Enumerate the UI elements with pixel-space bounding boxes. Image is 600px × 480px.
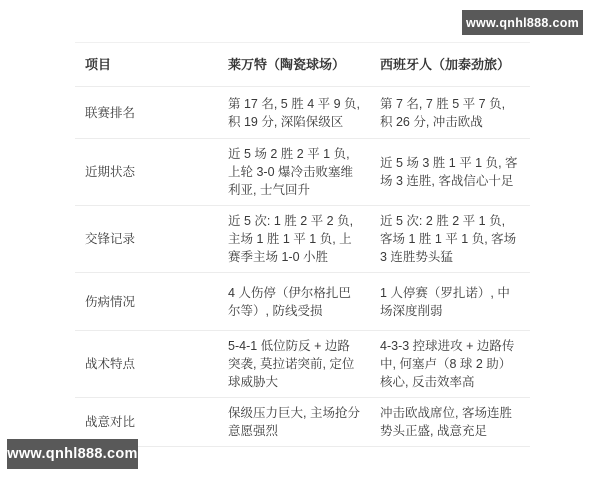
row-label: 战术特点 xyxy=(75,331,220,398)
header-item-column: 项目 xyxy=(75,43,220,87)
away-cell: 近 5 次: 2 胜 2 平 1 负, 客场 1 胜 1 平 1 负, 客场 3… xyxy=(372,206,530,273)
table-header-row: 项目 莱万特（陶瓷球场） 西班牙人（加泰劲旅） xyxy=(75,43,530,87)
site-watermark-text: www.qnhl888.com xyxy=(7,446,137,462)
table-row-motivation: 战意对比 保级压力巨大, 主场抢分意愿强烈 冲击欧战席位, 客场连胜势头正盛, … xyxy=(75,398,530,447)
row-label: 近期状态 xyxy=(75,139,220,206)
page-background: www.qnhl888.com 项目 莱万特（陶瓷球场） 西班牙人（加泰劲旅） … xyxy=(0,0,600,480)
home-cell: 5-4-1 低位防反 + 边路突袭, 莫拉诺突前, 定位球威胁大 xyxy=(220,331,372,398)
home-cell: 保级压力巨大, 主场抢分意愿强烈 xyxy=(220,398,372,447)
table-row-league-rank: 联赛排名 第 17 名, 5 胜 4 平 9 负, 积 19 分, 深陷保级区 … xyxy=(75,87,530,139)
header-away-team: 西班牙人（加泰劲旅） xyxy=(372,43,530,87)
home-cell: 第 17 名, 5 胜 4 平 9 负, 积 19 分, 深陷保级区 xyxy=(220,87,372,139)
away-cell: 冲击欧战席位, 客场连胜势头正盛, 战意充足 xyxy=(372,398,530,447)
team-comparison-table: 项目 莱万特（陶瓷球场） 西班牙人（加泰劲旅） 联赛排名 第 17 名, 5 胜… xyxy=(75,42,530,447)
row-label: 交锋记录 xyxy=(75,206,220,273)
away-cell: 第 7 名, 7 胜 5 平 7 负, 积 26 分, 冲击欧战 xyxy=(372,87,530,139)
home-cell: 4 人伤停（伊尔格扎巴尔等）, 防线受损 xyxy=(220,273,372,331)
site-watermark-top: www.qnhl888.com xyxy=(462,10,583,35)
table-row-injuries: 伤病情况 4 人伤停（伊尔格扎巴尔等）, 防线受损 1 人停赛（罗扎诺）, 中场… xyxy=(75,273,530,331)
home-cell: 近 5 次: 1 胜 2 平 2 负, 主场 1 胜 1 平 1 负, 上赛季主… xyxy=(220,206,372,273)
header-home-team: 莱万特（陶瓷球场） xyxy=(220,43,372,87)
row-label: 伤病情况 xyxy=(75,273,220,331)
table-row-tactics: 战术特点 5-4-1 低位防反 + 边路突袭, 莫拉诺突前, 定位球威胁大 4-… xyxy=(75,331,530,398)
table-row-head-to-head: 交锋记录 近 5 次: 1 胜 2 平 2 负, 主场 1 胜 1 平 1 负,… xyxy=(75,206,530,273)
away-cell: 4-3-3 控球进攻 + 边路传中, 何塞卢（8 球 2 助）核心, 反击效率高 xyxy=(372,331,530,398)
row-label: 联赛排名 xyxy=(75,87,220,139)
site-watermark-bottom: www.qnhl888.com xyxy=(7,439,138,469)
home-cell: 近 5 场 2 胜 2 平 1 负, 上轮 3-0 爆冷击败塞维利亚, 士气回升 xyxy=(220,139,372,206)
site-watermark-text: www.qnhl888.com xyxy=(466,16,579,30)
away-cell: 近 5 场 3 胜 1 平 1 负, 客场 3 连胜, 客战信心十足 xyxy=(372,139,530,206)
table-row-recent-form: 近期状态 近 5 场 2 胜 2 平 1 负, 上轮 3-0 爆冷击败塞维利亚,… xyxy=(75,139,530,206)
away-cell: 1 人停赛（罗扎诺）, 中场深度削弱 xyxy=(372,273,530,331)
